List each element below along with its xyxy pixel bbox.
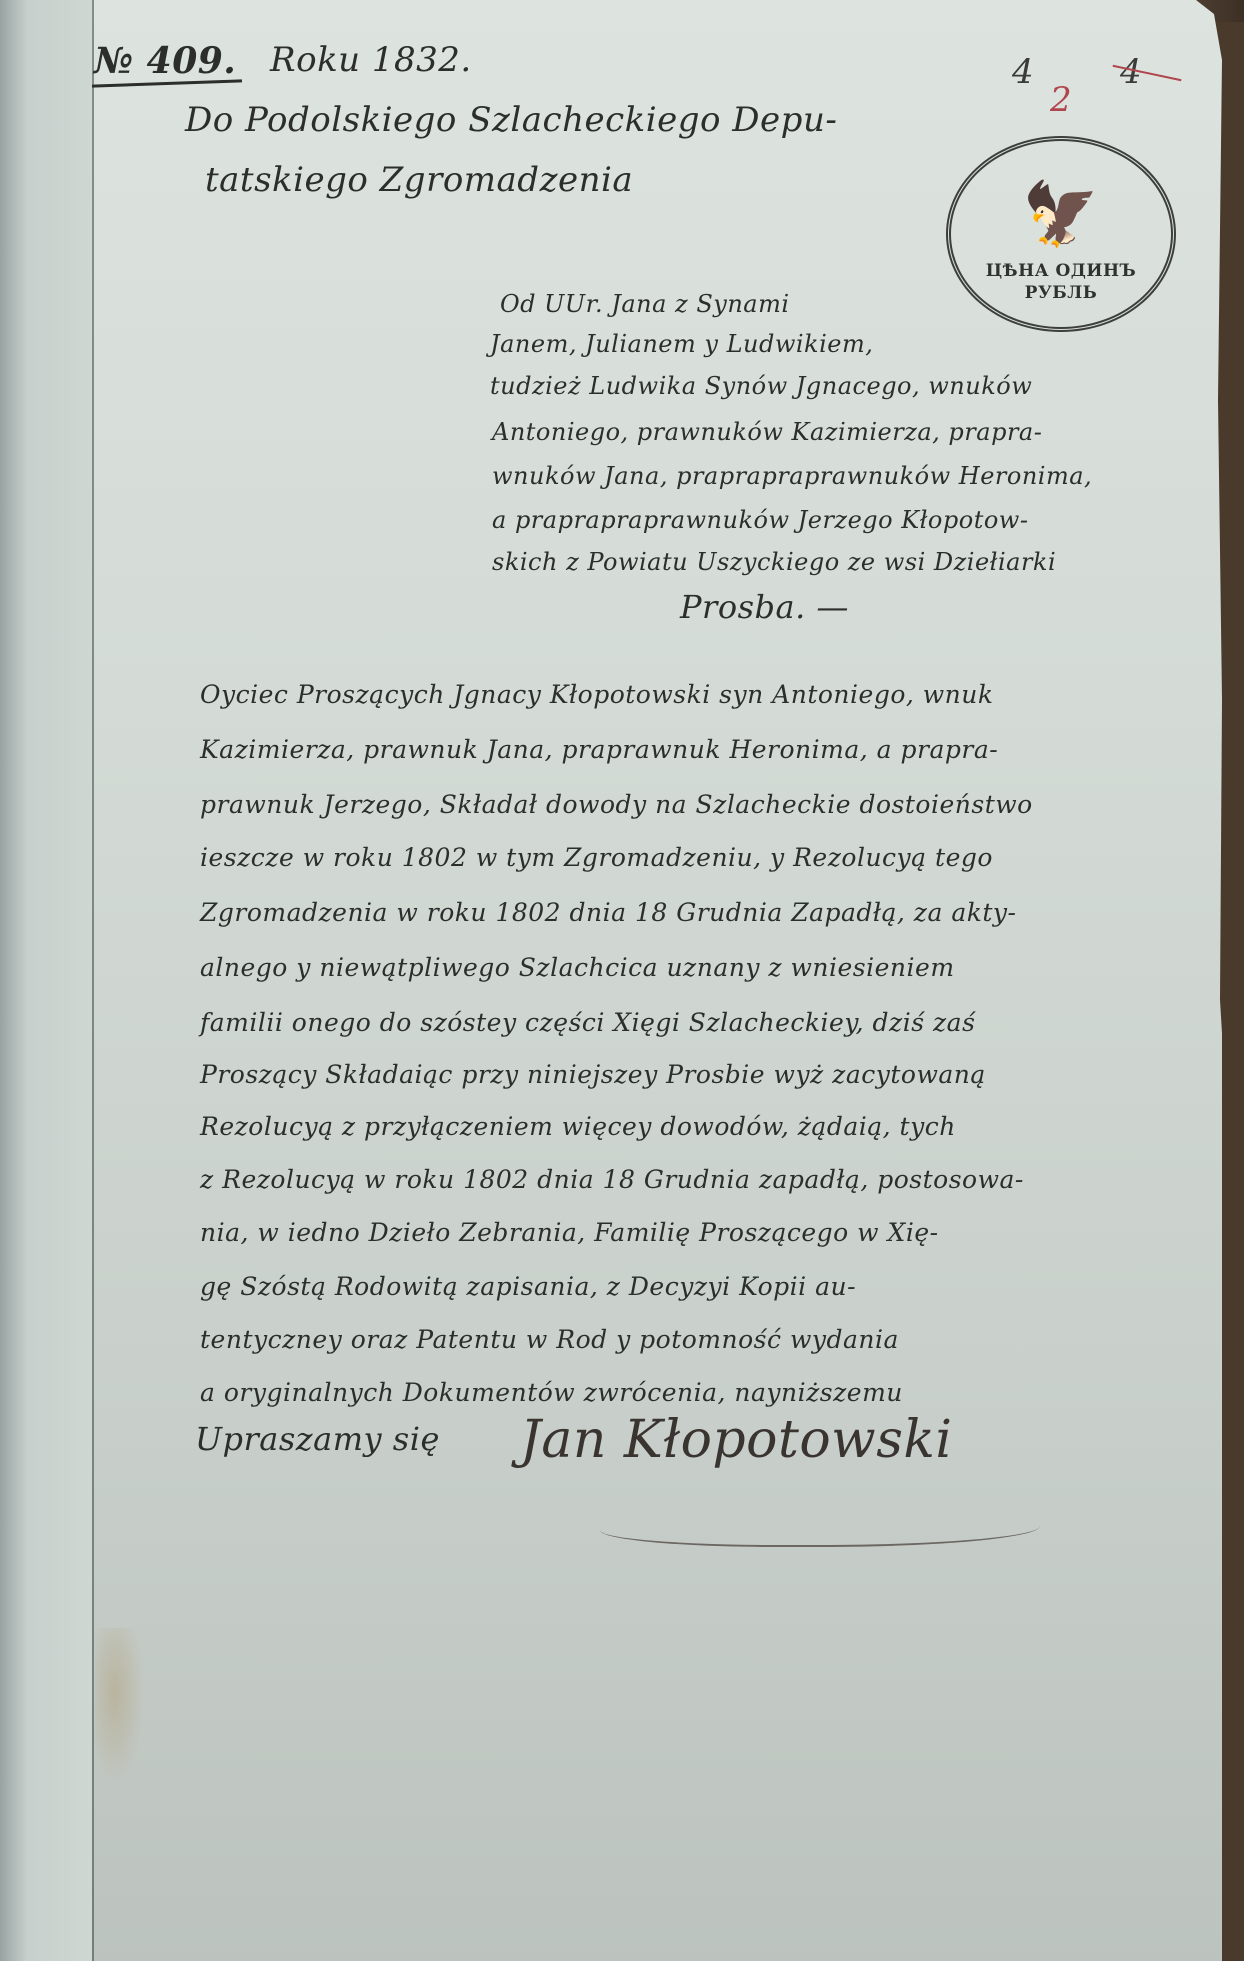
body-line: familii onego do szóstey części Xięgi Sz… bbox=[200, 1008, 975, 1037]
body-line: tentyczney oraz Patentu w Rod y potomnoś… bbox=[200, 1325, 899, 1354]
double-headed-eagle-icon: 🦅 bbox=[951, 183, 1171, 245]
sender-line: tudzież Ludwika Synów Jgnacego, wnuków bbox=[490, 372, 1032, 400]
sender-line: a praprapraprawnuków Jerzego Kłopotow- bbox=[492, 506, 1028, 534]
body-line: ieszcze w roku 1802 w tym Zgromadzeniu, … bbox=[200, 843, 993, 872]
addressee-line-1: Do Podolskiego Szlacheckiego Depu- bbox=[185, 100, 837, 140]
body-line: prawnuk Jerzego, Składał dowody na Szlac… bbox=[200, 790, 1033, 819]
body-line: Rezolucyą z przyłączeniem więcey dowodów… bbox=[200, 1112, 956, 1141]
stamp-price-line-1: ЦѢНА ОДИНЪ bbox=[951, 261, 1171, 281]
signature-flourish bbox=[600, 1505, 1040, 1547]
body-line: alnego y niewątpliwego Szlachcica uznany… bbox=[200, 953, 955, 982]
signature: Jan Kłopotowski bbox=[520, 1410, 953, 1470]
sender-line: skich z Powiatu Uszyckiego ze wsi Dziełi… bbox=[492, 548, 1056, 576]
body-line: nia, w iedno Dzieło Zebrania, Familię Pr… bbox=[200, 1218, 939, 1247]
folio-mark-gray: 4 bbox=[1012, 52, 1034, 92]
document-page: № 409. Roku 1832. Do Podolskiego Szlache… bbox=[0, 0, 1222, 1961]
body-line: gę Szóstą Rodowitą zapisania, z Decyzyi … bbox=[200, 1272, 856, 1301]
margin-fold-line bbox=[92, 0, 94, 1961]
petition-title: Prosba. — bbox=[680, 588, 849, 626]
revenue-stamp: 🦅 ЦѢНА ОДИНЪ РУБЛЬ bbox=[946, 136, 1176, 332]
sender-line: Janem, Julianem y Ludwikiem, bbox=[490, 330, 873, 358]
body-line: Proszący Składaiąc przy niniejszey Prosb… bbox=[200, 1060, 986, 1089]
closing-phrase: Upraszamy się bbox=[195, 1420, 440, 1458]
body-line: Zgromadzenia w roku 1802 dnia 18 Grudnia… bbox=[200, 898, 1017, 927]
sender-line: Od UUr. Jana z Synami bbox=[500, 290, 790, 318]
body-line: z Rezolucyą w roku 1802 dnia 18 Grudnia … bbox=[200, 1165, 1024, 1194]
sender-line: wnuków Jana, praprapraprawnuków Heronima… bbox=[492, 462, 1092, 490]
water-stain bbox=[95, 1628, 145, 1788]
sender-line: Antoniego, prawnuków Kazimierza, prapra- bbox=[492, 418, 1042, 446]
folio-number-red: 2 bbox=[1050, 80, 1072, 120]
document-number: № 409. bbox=[94, 40, 236, 82]
addressee-line-2: tatskiego Zgromadzenia bbox=[205, 160, 633, 200]
body-line: a oryginalnych Dokumentów zwrócenia, nay… bbox=[200, 1378, 903, 1407]
body-line: Oyciec Proszących Jgnacy Kłopotowski syn… bbox=[200, 680, 994, 709]
body-line: Kazimierza, prawnuk Jana, praprawnuk Her… bbox=[200, 735, 998, 764]
document-year: Roku 1832. bbox=[270, 40, 472, 80]
stamp-price-line-2: РУБЛЬ bbox=[951, 283, 1171, 303]
folded-margin bbox=[0, 0, 92, 1961]
